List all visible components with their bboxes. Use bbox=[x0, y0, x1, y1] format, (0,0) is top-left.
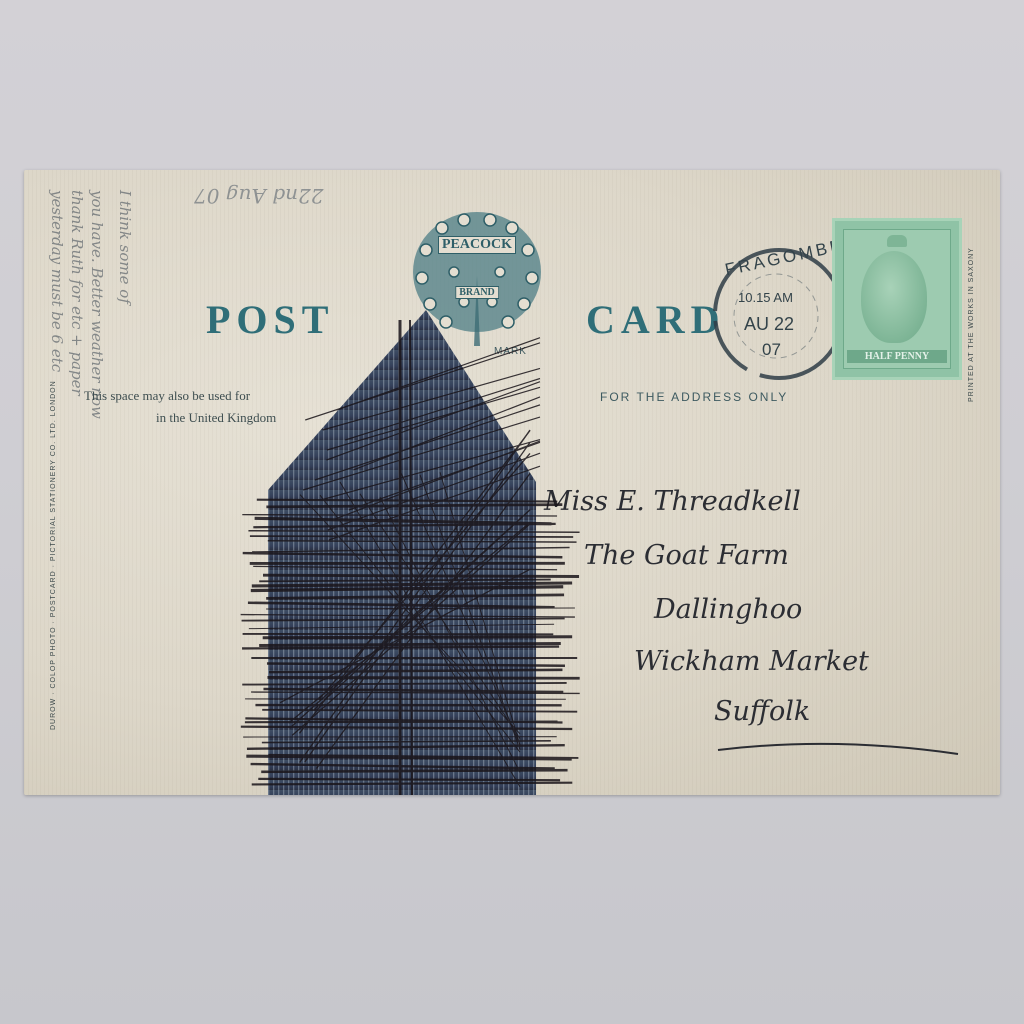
postmark-time: 10.15 AM bbox=[738, 290, 793, 305]
postmark-date: AU 22 bbox=[744, 314, 794, 335]
address-line-5: Suffolk bbox=[714, 696, 810, 727]
address-underline bbox=[714, 736, 964, 760]
stamp: HALF PENNY bbox=[832, 218, 962, 380]
printer-imprint: PRINTED AT THE WORKS IN SAXONY bbox=[968, 247, 975, 402]
postmark-year: 07 bbox=[762, 340, 781, 360]
message-line: you have. Better weather now bbox=[88, 190, 106, 419]
house-drawing-icon bbox=[240, 170, 580, 795]
message-line: yesterday must be 6 etc bbox=[48, 190, 66, 372]
stamp-crown-icon bbox=[887, 235, 907, 247]
message-line: thank Ruth for etc + paper bbox=[68, 190, 86, 396]
address-notice: FOR THE ADDRESS ONLY bbox=[600, 390, 788, 404]
address-line-4: Wickham Market bbox=[634, 646, 869, 677]
address-line-1: Miss E. Threadkell bbox=[544, 486, 801, 517]
message-notice-line1: This space may also be used for bbox=[84, 388, 250, 404]
king-portrait-icon bbox=[861, 251, 927, 343]
address-line-3: Dallinghoo bbox=[654, 594, 802, 625]
stamp-denomination: HALF PENNY bbox=[847, 350, 947, 363]
message-line: I think some of bbox=[116, 190, 134, 304]
postcard: DUROW · COLOP PHOTO · POSTCARD · PICTORI… bbox=[24, 170, 1000, 795]
address-line-2: The Goat Farm bbox=[584, 540, 789, 571]
publisher-imprint: DUROW · COLOP PHOTO · POSTCARD · PICTORI… bbox=[50, 380, 57, 730]
